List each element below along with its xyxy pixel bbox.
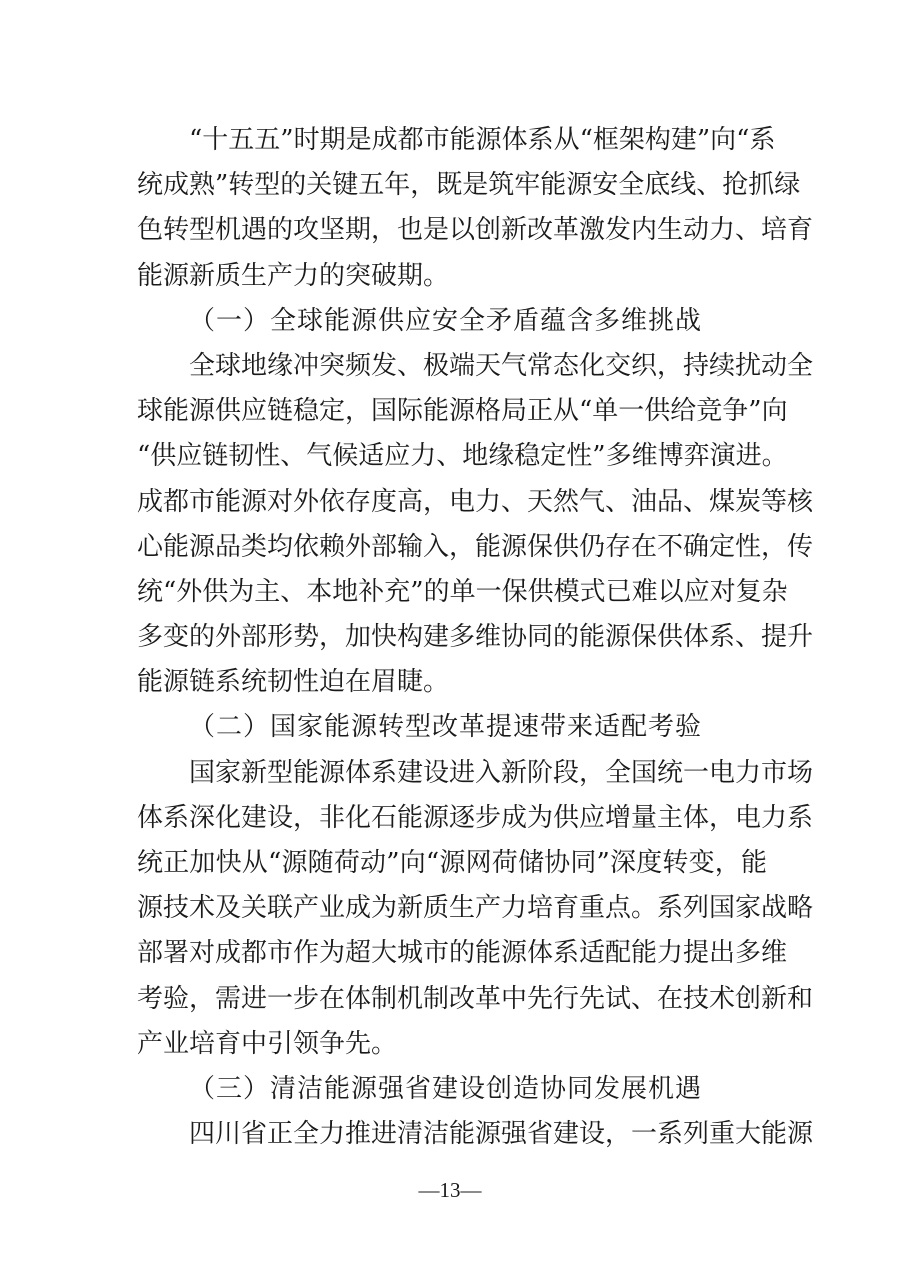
paragraph-global-supply-line: 多变的外部形势，加快构建多维协同的能源保供体系、提升 (137, 615, 767, 660)
paragraph-global-supply-line: 心能源品类均依赖外部输入，能源保供仍存在不确定性，传 (137, 525, 767, 570)
paragraph-global-supply-line: 全球地缘冲突频发、极端天气常态化交织，持续扰动全 (137, 344, 767, 389)
paragraph-intro-line: “十五五”时期是成都市能源体系从“框架构建”向“系 (137, 118, 767, 163)
paragraph-global-supply-line: 能源链系统韧性迫在眉睫。 (137, 660, 767, 705)
section-heading-2: （二）国家能源转型改革提速带来适配考验 (137, 705, 767, 750)
paragraph-national-reform-line: 统正加快从“源随荷动”向“源网荷储协同”深度转变，能 (137, 841, 767, 886)
paragraph-national-reform-line: 源技术及关联产业成为新质生产力培育重点。系列国家战略 (137, 886, 767, 931)
paragraph-global-supply-line: 球能源供应链稳定，国际能源格局正从“单一供给竞争”向 (137, 389, 767, 434)
page-number: —13— (0, 1178, 900, 1203)
paragraph-national-reform-line: 考验，需进一步在体制机制改革中先行先试、在技术创新和 (137, 977, 767, 1022)
paragraph-sichuan-line: 四川省正全力推进清洁能源强省建设，一系列重大能源 (137, 1112, 767, 1157)
paragraph-global-supply-line: “供应链韧性、气候适应力、地缘稳定性”多维博弈演进。 (137, 434, 767, 479)
document-page: “十五五”时期是成都市能源体系从“框架构建”向“系 统成熟”转型的关键五年，既是… (0, 0, 900, 1272)
paragraph-intro-line: 统成熟”转型的关键五年，既是筑牢能源安全底线、抢抓绿 (137, 163, 767, 208)
section-heading-1: （一）全球能源供应安全矛盾蕴含多维挑战 (137, 299, 767, 344)
paragraph-national-reform-line: 部署对成都市作为超大城市的能源体系适配能力提出多维 (137, 931, 767, 976)
paragraph-national-reform-line: 体系深化建设，非化石能源逐步成为供应增量主体，电力系 (137, 796, 767, 841)
paragraph-intro-line: 色转型机遇的攻坚期，也是以创新改革激发内生动力、培育 (137, 208, 767, 253)
section-heading-3: （三）清洁能源强省建设创造协同发展机遇 (137, 1067, 767, 1112)
document-body: “十五五”时期是成都市能源体系从“框架构建”向“系 统成熟”转型的关键五年，既是… (137, 118, 767, 1157)
paragraph-national-reform-line: 国家新型能源体系建设进入新阶段，全国统一电力市场 (137, 751, 767, 796)
paragraph-global-supply-line: 统“外供为主、本地补充”的单一保供模式已难以应对复杂 (137, 570, 767, 615)
paragraph-national-reform-line: 产业培育中引领争先。 (137, 1022, 767, 1067)
paragraph-global-supply-line: 成都市能源对外依存度高，电力、天然气、油品、煤炭等核 (137, 480, 767, 525)
paragraph-intro-line: 能源新质生产力的突破期。 (137, 254, 767, 299)
